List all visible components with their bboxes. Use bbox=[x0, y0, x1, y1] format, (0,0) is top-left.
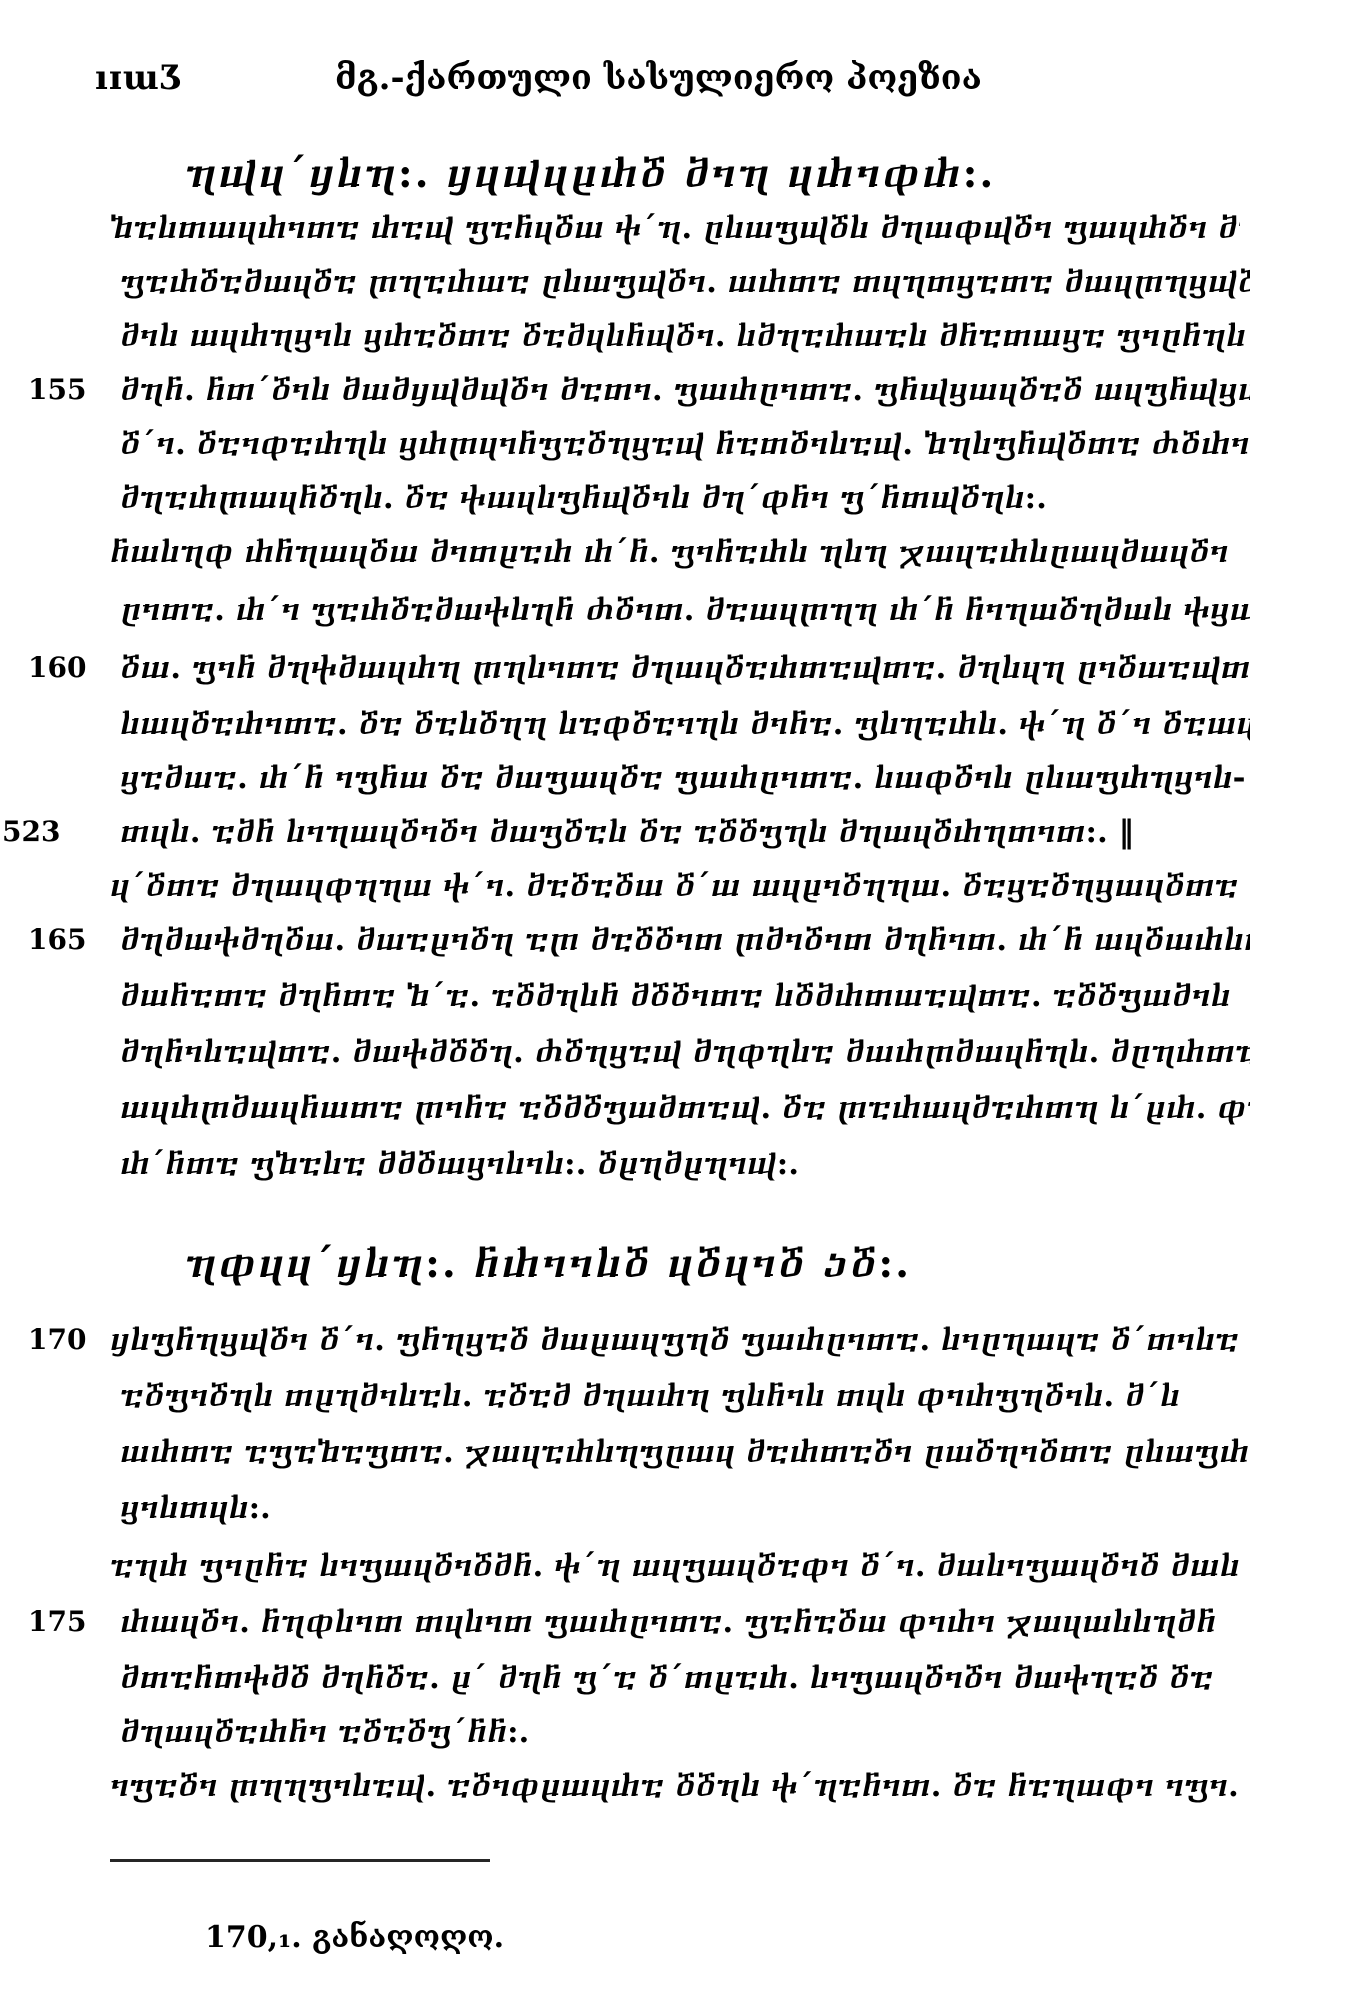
text-line: ⴀⴄⴐ ⴂⴈⴚⴌⴀ ⴑⴈⴂⴍⴗⴃⴈⴃⴋⴌ. ⴕ´ⴄ ⴍⴗⴂⴍⴗⴃⴀⴔⴈ ⴃ´ⴈ.… bbox=[110, 1546, 1240, 1590]
line-number: 160 bbox=[28, 648, 98, 688]
text-line: ⴗ´ⴃⴇⴀ ⴋⴄⴍⴗⴔⴄⴄⴍ ⴕ´ⴈ. ⴋⴀⴃⴀⴃⴍ ⴃ´ⴍ ⴍⴗⴞⴈⴃⴄⴄⴍ.… bbox=[110, 866, 1240, 910]
page-header: ıɪɯƷ მგ.-ქართული სასულიერო პოეზია bbox=[95, 58, 1195, 108]
text-line: ⴁⴈⴑⴇⴗⴑ:. bbox=[120, 1488, 1250, 1532]
rubric-heading: ⴄⴔⴗⴗ´ⴘⴑⴄ:. ⴌⴐⴈⴈⴑⴃ ⴗⴃⴗⴈⴃ ⴢⴃ:. bbox=[185, 1240, 911, 1287]
rubric-heading: ⴄⴓⴗ´ⴘⴑⴄ:. ⴘⴗⴓⴗⴞⴐⴃ ⴋⴈⴄ ⴗⴐⴈⴔⴐ:. bbox=[185, 150, 995, 197]
text-line: ⴃⴍ. ⴂⴈⴌ ⴋⴄⴕⴋⴍⴗⴐⴄ ⴜⴄⴑⴈⴇⴀ ⴋⴄⴍⴗⴃⴀⴐⴇⴀⴓⴇⴀ. ⴋⴄ… bbox=[120, 648, 1250, 692]
text-line: ⴐ´ⴌⴇⴀ ⴂⴆⴀⴑⴀ ⴋⴋⴃⴍⴁⴈⴑⴈⴑ:. ⴃⴞⴄⴋⴞⴄⴈⴓ:. bbox=[120, 1144, 1250, 1188]
text-line: ⴋⴄⴍⴗⴃⴀⴐⴌⴈ ⴀⴃⴀⴃⴂ´ⴌⴌ:. bbox=[120, 1712, 1250, 1756]
line-number: 170 bbox=[28, 1320, 98, 1360]
text-line: ⴑⴍⴗⴃⴀⴐⴈⴇⴀ. ⴃⴀ ⴃⴀⴑⴃⴄⴄ ⴑⴀⴔⴃⴀⴈⴄⴑ ⴋⴈⴌⴀ. ⴂⴑⴄⴀ… bbox=[120, 704, 1250, 748]
text-line: ⴍⴗⴐⴜⴋⴍⴗⴌⴍⴇⴀ ⴜⴈⴌⴀ ⴀⴃⴋⴃⴂⴍⴋⴇⴀⴓ. ⴃⴀ ⴜⴀⴐⴍⴗⴋⴀⴐ… bbox=[120, 1088, 1250, 1132]
line-number: 165 bbox=[28, 920, 98, 960]
text-line: ⴘⴑⴂⴌⴄⴁⴓⴃⴈ ⴃ´ⴈ. ⴂⴌⴄⴁⴀⴃ ⴋⴍⴞⴍⴗⴂⴄⴃ ⴂⴍⴐⴚⴈⴇⴀ. … bbox=[110, 1320, 1240, 1364]
text-line: ⴂⴀⴐⴃⴀⴋⴍⴗⴃⴀ ⴜⴄⴀⴐⴍⴀ ⴚⴑⴍⴂⴓⴃⴈ. ⴍⴐⴇⴀ ⴇⴗⴄⴇⴁⴀⴇⴀ… bbox=[120, 262, 1250, 306]
text-line: ⴃ´ⴈ. ⴃⴀⴈⴔⴀⴐⴄⴑ ⴁⴐⴜⴗⴈⴌⴂⴀⴃⴄⴁⴀⴓ ⴌⴀⴇⴃⴈⴑⴀⴓ. ⴆⴄ… bbox=[120, 424, 1250, 468]
text-line: ⴆⴀⴑⴇⴍⴗⴐⴈⴇⴀ ⴐⴀⴓ ⴂⴀⴌⴗⴃⴍ ⴕ´ⴄ. ⴚⴑⴍⴂⴓⴃⴑ ⴋⴄⴍⴔⴓ… bbox=[110, 208, 1240, 252]
text-line: ⴋⴇⴀⴌⴇⴕⴋⴃ ⴋⴄⴌⴃⴀ. ⴞ´ ⴋⴄⴌ ⴂ´ⴀ ⴃ´ⴇⴞⴀⴐ. ⴑⴈⴂⴍⴗ… bbox=[120, 1658, 1250, 1702]
text-line: ⴋⴄⴋⴍⴕⴋⴄⴃⴍ. ⴋⴍⴀⴞⴈⴃⴄ ⴀⴜ ⴋⴀⴃⴃⴈⴇ ⴜⴋⴈⴃⴈⴇ ⴋⴄⴌⴈ… bbox=[120, 920, 1250, 964]
text-line: ⴋⴄⴀⴐⴜⴍⴗⴌⴃⴄⴑ. ⴃⴀ ⴕⴍⴗⴑⴂⴌⴓⴃⴈⴑ ⴋⴄ´ⴔⴌⴈ ⴂ´ⴌⴇⴓⴃ… bbox=[120, 478, 1250, 522]
text-line: ⴋⴄⴌ. ⴌⴇ´ⴃⴈⴑ ⴋⴍⴋⴘⴓⴋⴓⴃⴈ ⴋⴀⴇⴈ. ⴂⴍⴐⴚⴈⴇⴀ. ⴂⴌⴓ… bbox=[120, 370, 1250, 414]
text-line: ⴐⴍⴗⴃⴈ. ⴌⴄⴔⴑⴈⴇ ⴇⴗⴑⴈⴇ ⴂⴍⴐⴚⴈⴇⴀ. ⴂⴀⴌⴀⴃⴍ ⴔⴈⴐⴈ… bbox=[120, 1602, 1250, 1646]
document-page: ıɪɯƷ მგ.-ქართული სასულიერო პოეზია ⴄⴓⴗ´ⴘⴑ… bbox=[0, 0, 1364, 1999]
text-line: ⴌⴍⴑⴄⴔ ⴐⴌⴄⴍⴗⴃⴍ ⴋⴈⴇⴞⴀⴐ ⴐ´ⴌ. ⴂⴈⴌⴀⴐⴑ ⴄⴑⴄ ⴟⴍⴗ… bbox=[110, 532, 1240, 576]
text-line: ⴋⴄⴌⴈⴑⴀⴓⴇⴀ. ⴋⴍⴕⴋⴃⴃⴄ. ⴛⴃⴄⴁⴀⴓ ⴋⴄⴔⴄⴑⴀ ⴋⴍⴐⴜⴋⴍ… bbox=[120, 1032, 1250, 1076]
line-number: 175 bbox=[28, 1602, 98, 1642]
text-line: ⴈⴂⴀⴃⴈ ⴜⴄⴄⴂⴈⴑⴀⴓ. ⴀⴃⴈⴔⴞⴍⴗⴐⴀ ⴃⴃⴄⴑ ⴕ´ⴄⴀⴌⴈⴇ. … bbox=[110, 1766, 1240, 1810]
line-number: 155 bbox=[28, 370, 98, 410]
folio-number: ıɪɯƷ bbox=[95, 58, 183, 98]
footnote: 170,₁. განაღოღო. bbox=[205, 1920, 504, 1955]
text-line: ⴋⴈⴑ ⴍⴗⴐⴄⴁⴈⴑ ⴁⴐⴀⴃⴇⴀ ⴃⴀⴋⴗⴑⴌⴓⴃⴈ. ⴑⴋⴄⴀⴐⴍⴀⴑ ⴋ… bbox=[120, 316, 1250, 360]
text-line: ⴍⴐⴇⴀ ⴀⴂⴀⴆⴀⴂⴇⴀ. ⴟⴍⴗⴀⴐⴑⴄⴂⴚⴍⴗ ⴋⴀⴐⴇⴀⴃⴈ ⴚⴍⴃⴄⴈ… bbox=[120, 1432, 1250, 1476]
page-reference: 523 bbox=[2, 812, 72, 852]
text-line: ⴀⴃⴂⴈⴃⴄⴑ ⴇⴞⴄⴋⴈⴑⴀⴑ. ⴀⴃⴀⴋ ⴋⴄⴍⴐⴄ ⴂⴑⴌⴈⴑ ⴇⴗⴑ ⴔ… bbox=[120, 1376, 1250, 1420]
text-line: ⴁⴀⴋⴍⴀ. ⴐ´ⴌ ⴈⴂⴌⴍ ⴃⴀ ⴋⴍⴂⴍⴗⴃⴀ ⴂⴍⴐⴚⴈⴇⴀ. ⴑⴍⴔⴃ… bbox=[120, 758, 1250, 802]
footnote-rule bbox=[110, 1859, 490, 1862]
text-line: ⴚⴈⴇⴀ. ⴐ´ⴈ ⴂⴀⴐⴃⴀⴋⴍⴕⴑⴄⴌ ⴛⴃⴈⴇ. ⴋⴀⴍⴗⴜⴄⴄ ⴐ´ⴌ … bbox=[120, 590, 1250, 634]
text-line: ⴋⴍⴌⴀⴇⴀ ⴋⴄⴌⴇⴀ ⴆ´ⴀ. ⴀⴃⴋⴄⴑⴌ ⴋⴃⴃⴈⴇⴀ ⴑⴃⴋⴐⴇⴍⴀⴓ… bbox=[120, 976, 1250, 1020]
running-title: მგ.-ქართული სასულიერო პოეზია bbox=[335, 58, 982, 98]
text-line: ⴇⴗⴑ. ⴀⴋⴌ ⴑⴈⴄⴍⴗⴃⴈⴃⴈ ⴋⴍⴂⴃⴀⴑ ⴃⴀ ⴀⴃⴃⴂⴄⴑ ⴋⴄⴍⴗ… bbox=[120, 812, 1250, 856]
